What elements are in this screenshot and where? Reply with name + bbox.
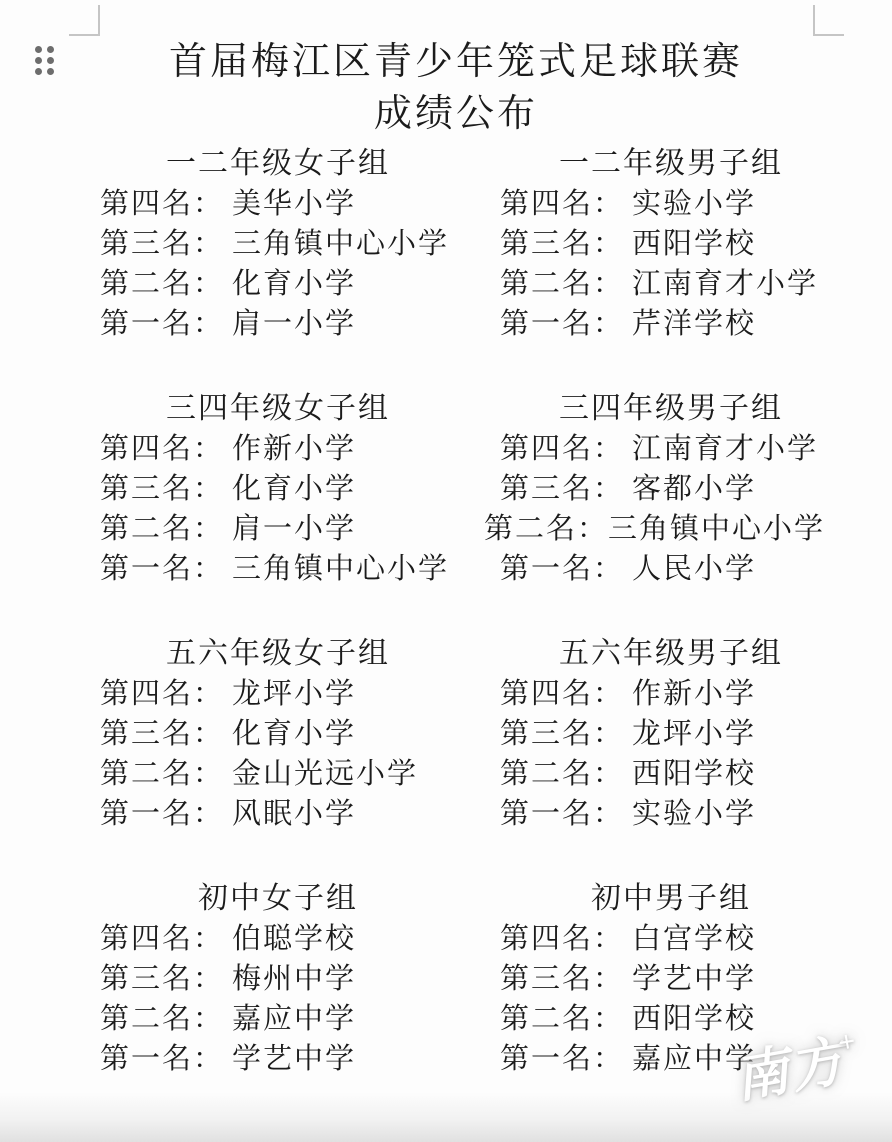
rank-label: 第二名： (100, 513, 224, 545)
school-name: 伯聪学校 (232, 923, 356, 955)
section-grade12-girls: 一二年级女子组 第四名：美华小学 第三名：三角镇中心小学 第二名：化育小学 第一… (70, 144, 456, 344)
school-name: 实验小学 (632, 188, 756, 220)
result-row: 第二名：金山光远小学 (100, 754, 456, 794)
section-junior-girls: 初中女子组 第四名：伯聪学校 第三名：梅州中学 第二名：嘉应中学 第一名：学艺中… (70, 879, 456, 1079)
school-name: 客都小学 (632, 473, 756, 505)
rank-label: 第三名： (500, 718, 624, 750)
rank-label: 第三名： (100, 473, 224, 505)
section-title: 一二年级男子组 (500, 144, 842, 184)
result-row: 第一名：实验小学 (500, 794, 842, 834)
drag-dot (35, 68, 42, 75)
result-row: 第一名：肩一小学 (100, 304, 456, 344)
result-row: 第三名：三角镇中心小学 (100, 224, 456, 264)
result-row: 第一名：风眠小学 (100, 794, 456, 834)
section-title: 五六年级男子组 (500, 634, 842, 674)
section-title: 五六年级女子组 (100, 634, 456, 674)
page-margin-mark-top-left-icon (69, 5, 100, 36)
rank-label: 第三名： (500, 473, 624, 505)
rank-label: 第三名： (100, 963, 224, 995)
drag-dot (35, 57, 42, 64)
school-name: 化育小学 (232, 268, 356, 300)
rank-label: 第一名： (100, 1043, 224, 1075)
document-title-line1: 首届梅江区青少年笼式足球联赛 (70, 36, 842, 88)
result-row: 第三名：客都小学 (500, 469, 842, 509)
section-grade34-boys: 三四年级男子组 第四名：江南育才小学 第三名：客都小学 第二名：三角镇中心小学 … (456, 389, 842, 589)
rank-label: 第一名： (100, 798, 224, 830)
result-row: 第三名：化育小学 (100, 469, 456, 509)
drag-dots-icon[interactable] (35, 46, 54, 75)
rank-label: 第四名： (100, 678, 224, 710)
result-row: 第二名：江南育才小学 (500, 264, 842, 304)
document-title-line2: 成绩公布 (70, 88, 842, 140)
school-name: 三角镇中心小学 (608, 513, 825, 545)
section-grade12-boys: 一二年级男子组 第四名：实验小学 第三名：西阳学校 第二名：江南育才小学 第一名… (456, 144, 842, 344)
school-name: 风眠小学 (232, 798, 356, 830)
rank-label: 第四名： (100, 923, 224, 955)
result-row: 第三名：学艺中学 (500, 959, 842, 999)
result-row: 第四名：作新小学 (100, 429, 456, 469)
result-row: 第二名：西阳学校 (500, 754, 842, 794)
result-row: 第一名：学艺中学 (100, 1039, 456, 1079)
result-row: 第一名：芹洋学校 (500, 304, 842, 344)
rank-label: 第四名： (100, 433, 224, 465)
result-row: 第四名：龙坪小学 (100, 674, 456, 714)
result-row: 第二名：嘉应中学 (100, 999, 456, 1039)
result-row: 第三名：梅州中学 (100, 959, 456, 999)
section-title: 初中女子组 (100, 879, 456, 919)
school-name: 嘉应中学 (232, 1003, 356, 1035)
drag-dot (47, 46, 54, 53)
result-row: 第一名：三角镇中心小学 (100, 549, 456, 589)
result-row: 第二名：化育小学 (100, 264, 456, 304)
rank-label: 第四名： (500, 678, 624, 710)
result-row: 第四名：美华小学 (100, 184, 456, 224)
result-row: 第四名：江南育才小学 (500, 429, 842, 469)
rank-label: 第一名： (100, 553, 224, 585)
drag-dot (35, 46, 42, 53)
result-row: 第四名：白宫学校 (500, 919, 842, 959)
school-name: 西阳学校 (632, 758, 756, 790)
rank-label: 第一名： (500, 553, 624, 585)
school-name: 作新小学 (232, 433, 356, 465)
results-grid: 一二年级女子组 第四名：美华小学 第三名：三角镇中心小学 第二名：化育小学 第一… (70, 144, 842, 1124)
rank-label: 第三名： (500, 963, 624, 995)
drag-dot (47, 68, 54, 75)
school-name: 化育小学 (232, 718, 356, 750)
school-name: 肩一小学 (232, 308, 356, 340)
rank-label: 第四名： (500, 188, 624, 220)
document-content: 首届梅江区青少年笼式足球联赛 成绩公布 一二年级女子组 第四名：美华小学 第三名… (70, 36, 842, 1124)
result-row: 第二名：肩一小学 (100, 509, 456, 549)
section-title: 一二年级女子组 (100, 144, 456, 184)
result-row: 第四名：作新小学 (500, 674, 842, 714)
section-grade56-girls: 五六年级女子组 第四名：龙坪小学 第三名：化育小学 第二名：金山光远小学 第一名… (70, 634, 456, 834)
school-name: 三角镇中心小学 (232, 553, 449, 585)
rank-label: 第四名： (500, 433, 624, 465)
rank-label: 第三名： (100, 228, 224, 260)
result-row: 第四名：伯聪学校 (100, 919, 456, 959)
rank-label: 第一名： (500, 798, 624, 830)
school-name: 江南育才小学 (632, 268, 818, 300)
school-name: 梅州中学 (232, 963, 356, 995)
result-row: 第三名：化育小学 (100, 714, 456, 754)
school-name: 三角镇中心小学 (232, 228, 449, 260)
rank-label: 第二名： (484, 513, 608, 545)
school-name: 龙坪小学 (232, 678, 356, 710)
section-title: 三四年级女子组 (100, 389, 456, 429)
result-row: 第二名：三角镇中心小学 (484, 509, 842, 549)
section-title: 初中男子组 (500, 879, 842, 919)
school-name: 白宫学校 (632, 923, 756, 955)
rank-label: 第二名： (500, 1003, 624, 1035)
result-row: 第四名：实验小学 (500, 184, 842, 224)
rank-label: 第三名： (100, 718, 224, 750)
school-name: 肩一小学 (232, 513, 356, 545)
result-row: 第一名：人民小学 (500, 549, 842, 589)
rank-label: 第四名： (500, 923, 624, 955)
rank-label: 第三名： (500, 228, 624, 260)
rank-label: 第一名： (100, 308, 224, 340)
rank-label: 第一名： (500, 1043, 624, 1075)
school-name: 江南育才小学 (632, 433, 818, 465)
rank-label: 第二名： (100, 1003, 224, 1035)
school-name: 化育小学 (232, 473, 356, 505)
rank-label: 第二名： (100, 758, 224, 790)
rank-label: 第二名： (500, 268, 624, 300)
result-row: 第三名：西阳学校 (500, 224, 842, 264)
page-margin-mark-top-right-icon (813, 5, 844, 36)
school-name: 西阳学校 (632, 1003, 756, 1035)
school-name: 金山光远小学 (232, 758, 418, 790)
section-title: 三四年级男子组 (500, 389, 842, 429)
drag-dot (47, 57, 54, 64)
school-name: 学艺中学 (232, 1043, 356, 1075)
section-grade56-boys: 五六年级男子组 第四名：作新小学 第三名：龙坪小学 第二名：西阳学校 第一名：实… (456, 634, 842, 834)
rank-label: 第四名： (100, 188, 224, 220)
result-row: 第三名：龙坪小学 (500, 714, 842, 754)
document-page: 首届梅江区青少年笼式足球联赛 成绩公布 一二年级女子组 第四名：美华小学 第三名… (0, 0, 892, 1142)
school-name: 作新小学 (632, 678, 756, 710)
section-grade34-girls: 三四年级女子组 第四名：作新小学 第三名：化育小学 第二名：肩一小学 第一名：三… (70, 389, 456, 589)
rank-label: 第二名： (500, 758, 624, 790)
school-name: 西阳学校 (632, 228, 756, 260)
rank-label: 第一名： (500, 308, 624, 340)
rank-label: 第二名： (100, 268, 224, 300)
school-name: 学艺中学 (632, 963, 756, 995)
school-name: 实验小学 (632, 798, 756, 830)
school-name: 美华小学 (232, 188, 356, 220)
school-name: 人民小学 (632, 553, 756, 585)
school-name: 龙坪小学 (632, 718, 756, 750)
school-name: 芹洋学校 (632, 308, 756, 340)
